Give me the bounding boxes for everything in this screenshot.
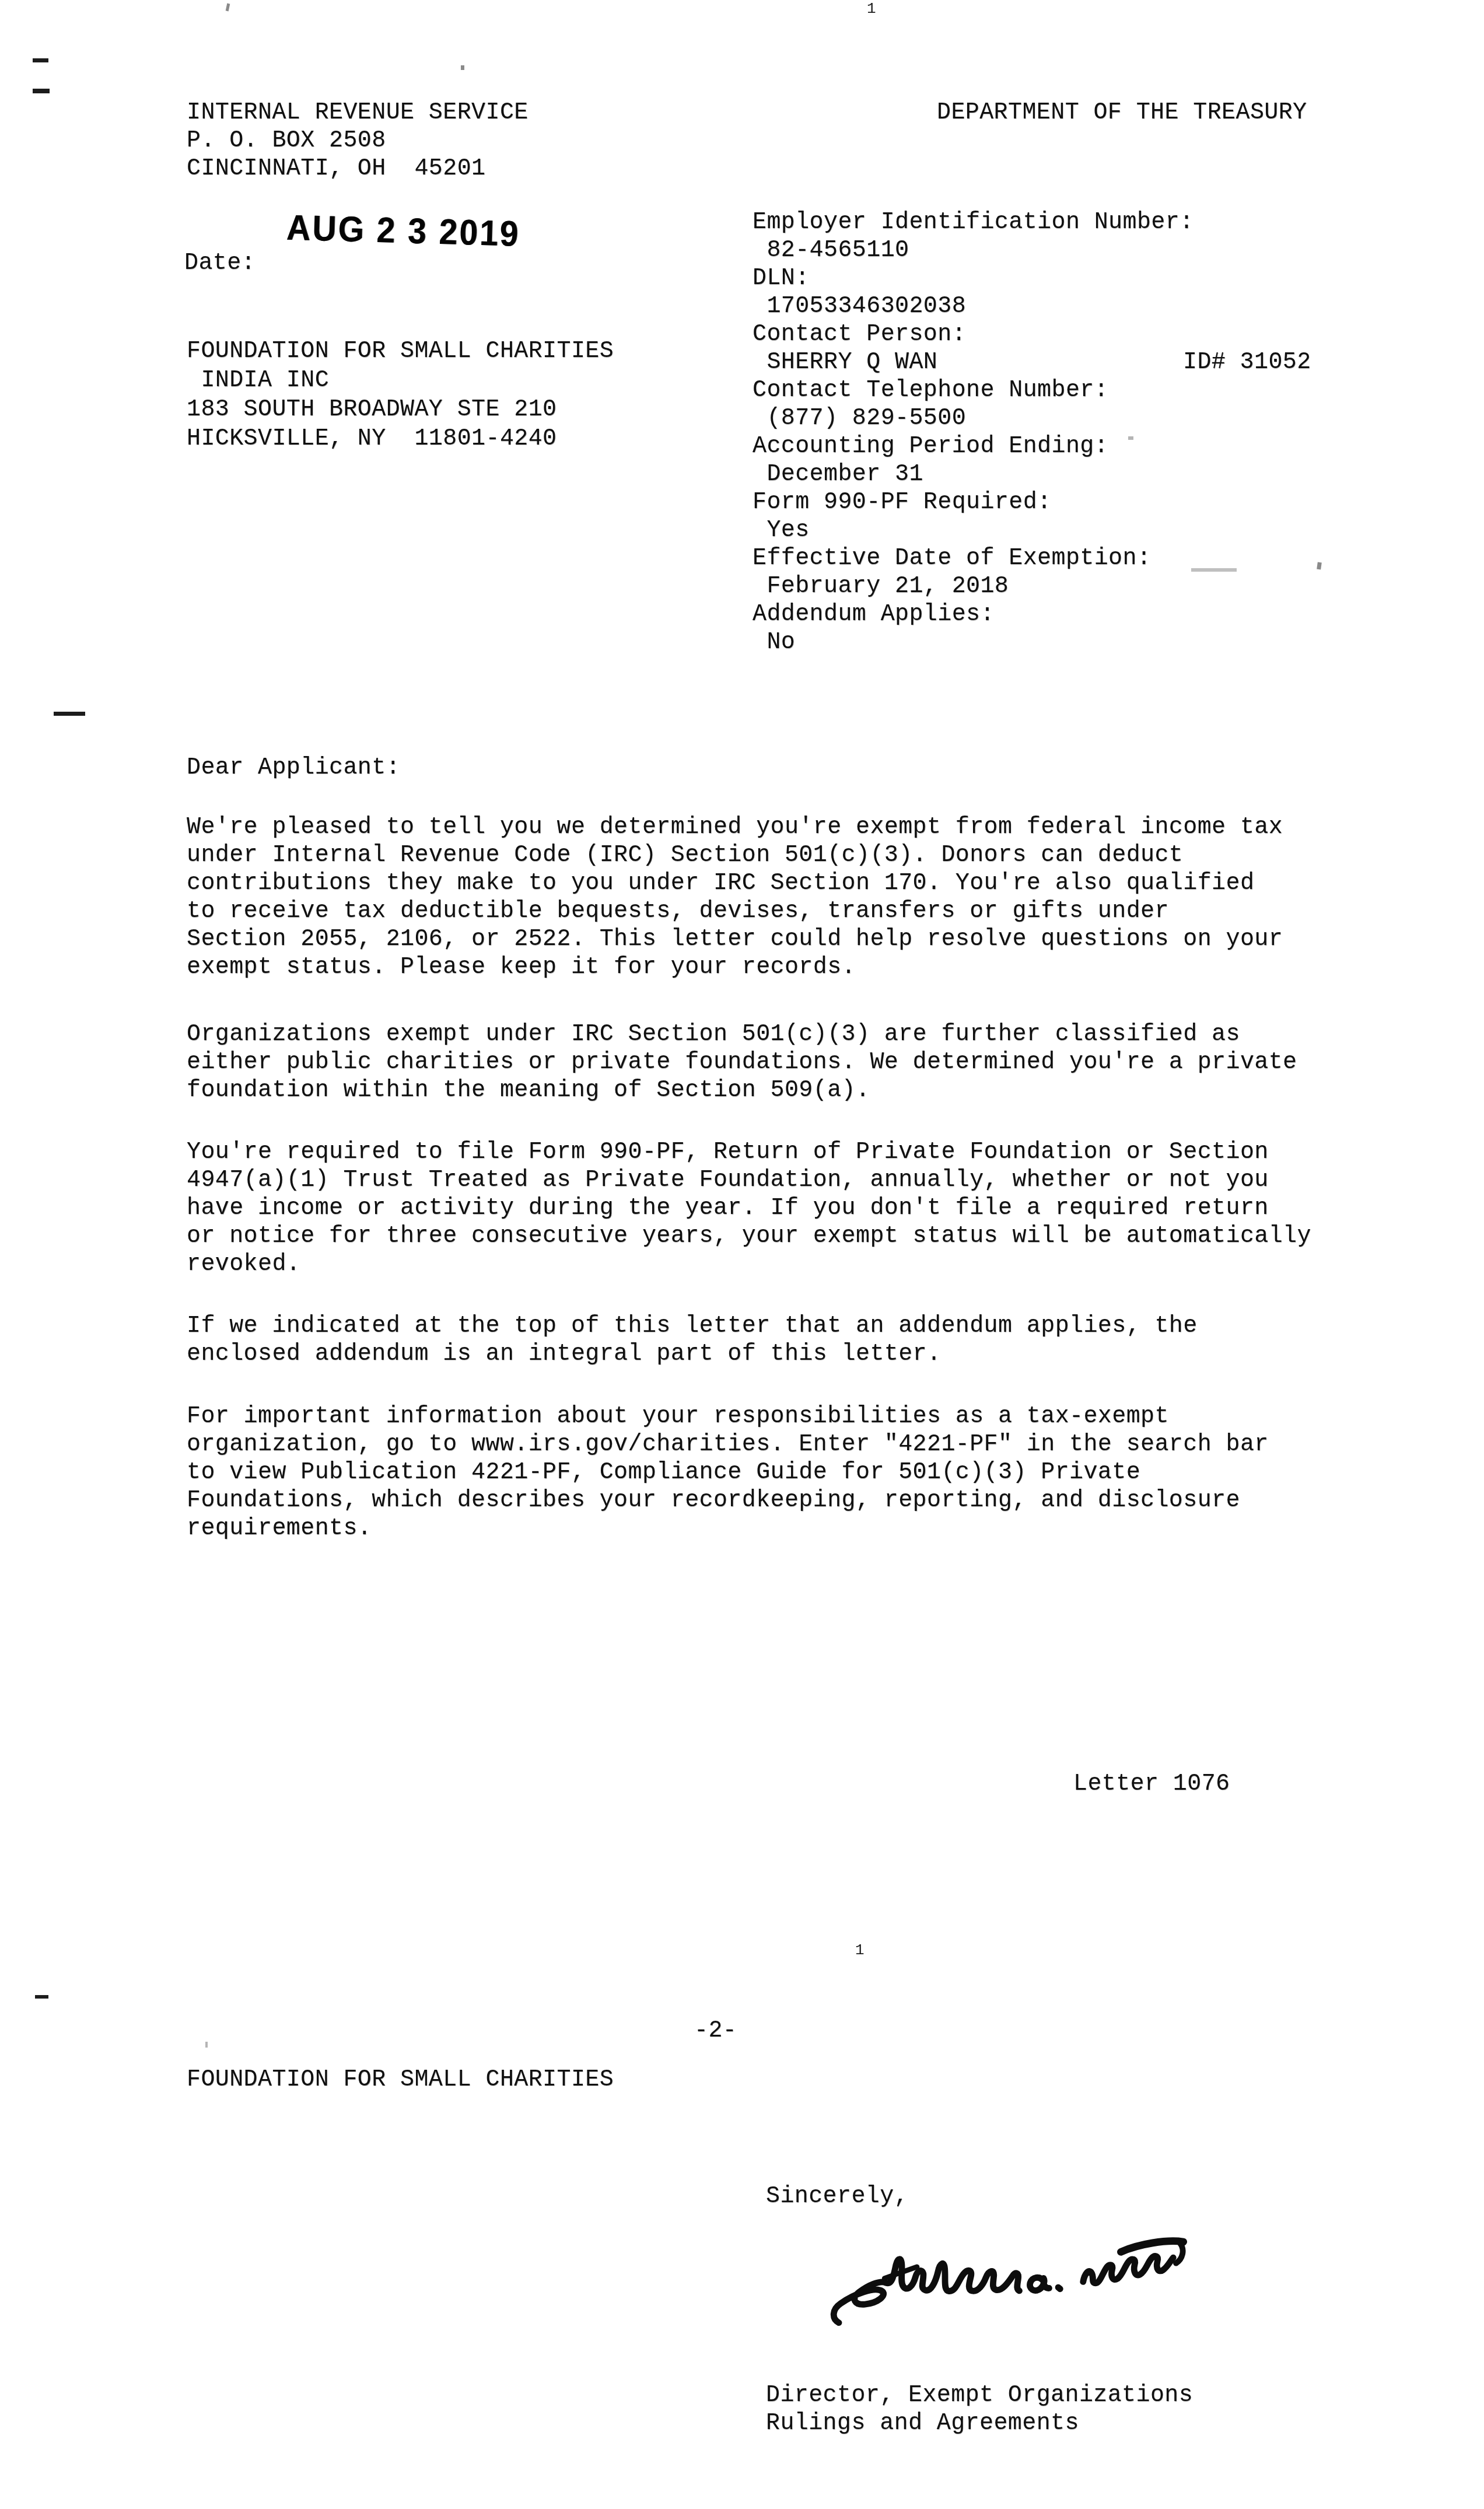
body-paragraph: We're pleased to tell you we determined … — [187, 814, 1283, 982]
page2-top-marker: 1 — [855, 1943, 864, 1958]
scan-artifact-dash — [33, 58, 48, 62]
page2-number: -2- — [694, 2017, 737, 2045]
body-paragraph: You're required to file Form 990-PF, Ret… — [187, 1139, 1311, 1279]
body-paragraph: Organizations exempt under IRC Section 5… — [187, 1021, 1297, 1105]
scan-artifact-dash — [35, 1995, 48, 1999]
date-stamp: AUG 2 3 2019 — [286, 210, 520, 253]
scan-artifact — [1128, 436, 1133, 440]
org-name: FOUNDATION FOR SMALL CHARITIES — [187, 2066, 614, 2094]
signer-title: Director, Exempt Organizations Rulings a… — [766, 2382, 1193, 2438]
treasury-header: DEPARTMENT OF THE TREASURY — [937, 99, 1307, 127]
contact-id: ID# 31052 — [1183, 349, 1311, 377]
salutation: Dear Applicant: — [187, 754, 400, 782]
letter-number: Letter 1076 — [1073, 1770, 1230, 1798]
closing: Sincerely, — [766, 2183, 908, 2211]
page1-top-marker: 1 — [867, 1, 876, 16]
signature — [822, 2216, 1196, 2335]
scan-artifact — [226, 4, 230, 12]
scan-artifact-dash — [33, 89, 50, 93]
scan-artifact-smudge — [1191, 568, 1237, 572]
date-label: Date: — [184, 250, 256, 278]
sender-address: INTERNAL REVENUE SERVICE P. O. BOX 2508 … — [187, 99, 528, 183]
body-paragraph: If we indicated at the top of this lette… — [187, 1313, 1198, 1369]
body-paragraph: For important information about your res… — [187, 1403, 1269, 1543]
scan-artifact — [205, 2042, 208, 2048]
scanned-letter-page: 1 INTERNAL REVENUE SERVICE P. O. BOX 250… — [0, 0, 1484, 2509]
scan-artifact-dash — [54, 712, 85, 716]
recipient-address: FOUNDATION FOR SMALL CHARITIES INDIA INC… — [187, 337, 614, 454]
scan-artifact — [1317, 562, 1322, 570]
letter-details: Employer Identification Number: 82-45651… — [752, 209, 1194, 657]
signature-ink — [822, 2216, 1196, 2335]
scan-artifact — [461, 65, 464, 70]
